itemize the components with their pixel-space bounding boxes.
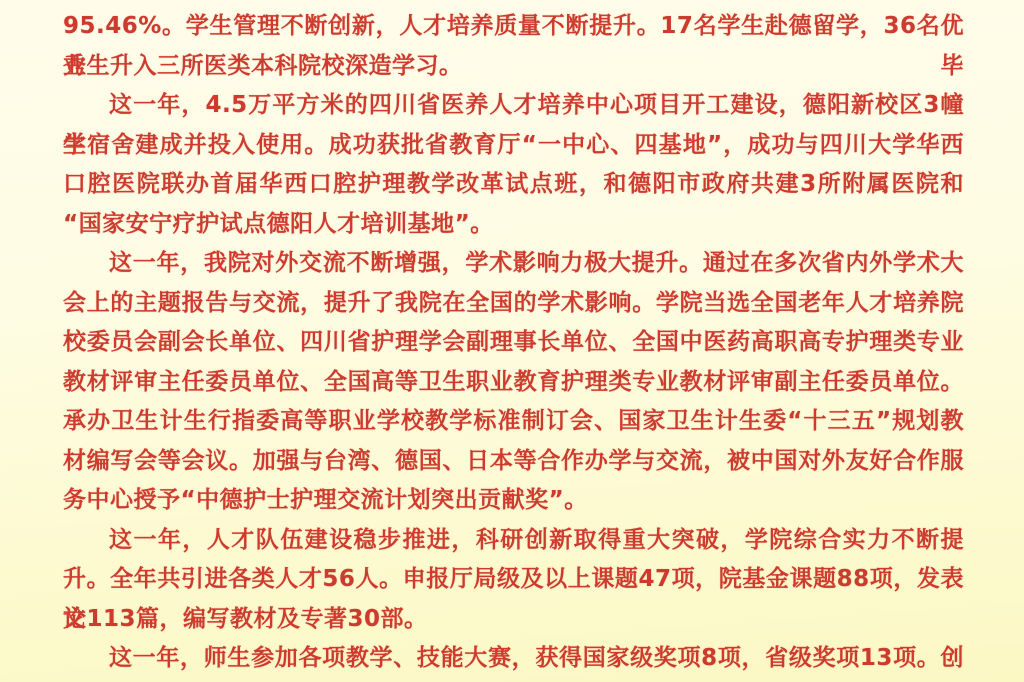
text-line: 这一年，4.5万平方米的四川省医养人才培养中心项目开工建设，德阳新校区3幢学 <box>63 86 964 126</box>
text-line: 务中心授予“中德护士护理交流计划突出贡献奖”。 <box>63 481 964 521</box>
text-line: “国家安宁疗护试点德阳人才培训基地”。 <box>63 205 964 245</box>
text-line: 升。全年共引进各类人才56人。申报厅局级及以上课题47项，院基金课题88项，发表… <box>63 560 964 600</box>
text-line: 生宿舍建成并投入使用。成功获批省教育厅“一中心、四基地”，成功与四川大学华西 <box>63 126 964 166</box>
text-line: 会上的主题报告与交流，提升了我院在全国的学术影响。学院当选全国老年人才培养院 <box>63 284 964 324</box>
text-line: 口腔医院联办首届华西口腔护理教学改革试点班，和德阳市政府共建3所附属医院和 <box>63 165 964 205</box>
text-line: 材编写会等会议。加强与台湾、德国、日本等合作办学与交流，被中国对外友好合作服 <box>63 442 964 482</box>
annual-report-text: 95.46%。学生管理不断创新，人才培养质量不断提升。17名学生赴德留学，36名… <box>63 7 964 679</box>
text-line: 这一年，我院对外交流不断增强，学术影响力极大提升。通过在多次省内外学术大 <box>63 244 964 284</box>
text-line: 文113篇，编写教材及专著30部。 <box>63 600 964 640</box>
document-page: 95.46%。学生管理不断创新，人才培养质量不断提升。17名学生赴德留学，36名… <box>0 0 1024 682</box>
text-line: 校委员会副会长单位、四川省护理学会副理事长单位、全国中医药高职高专护理类专业 <box>63 323 964 363</box>
text-line: 这一年，人才队伍建设稳步推进，科研创新取得重大突破，学院综合实力不断提 <box>63 521 964 561</box>
text-line: 这一年，师生参加各项教学、技能大赛，获得国家级奖项8项，省级奖项13项。创 <box>63 639 964 679</box>
text-line: 95.46%。学生管理不断创新，人才培养质量不断提升。17名学生赴德留学，36名… <box>63 7 964 47</box>
text-line: 承办卫生计生行指委高等职业学校教学标准制订会、国家卫生计生委“十三五”规划教 <box>63 402 964 442</box>
text-line: 教材评审主任委员单位、全国高等卫生职业教育护理类专业教材评审副主任委员单位。 <box>63 363 964 403</box>
